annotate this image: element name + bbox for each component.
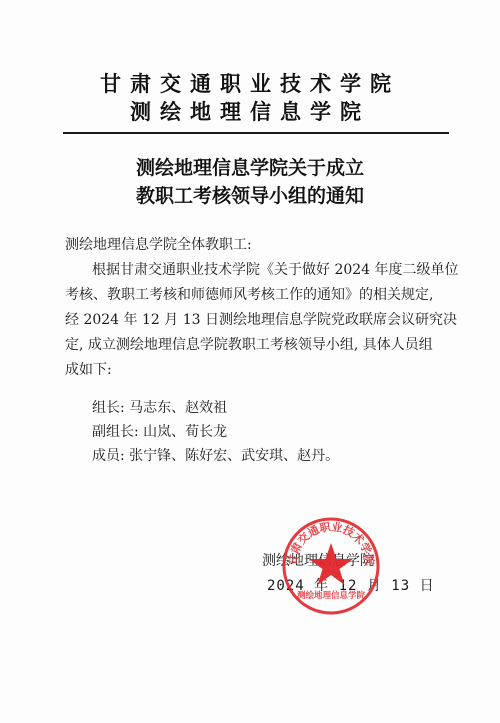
body-paragraph-line: 考核、教职工考核和师德师风考核工作的通知》的相关规定, bbox=[65, 284, 433, 304]
member-role: 成员: bbox=[92, 448, 125, 464]
body-paragraph-line: 根据甘肃交通职业技术学院《关于做好 2024 年度二级单位 bbox=[92, 259, 459, 279]
salutation: 测绘地理信息学院全体教职工: bbox=[65, 234, 252, 254]
member-names: 山岚、荀长龙 bbox=[143, 424, 227, 440]
member-row-deputy: 副组长: 山岚、荀长龙 bbox=[92, 421, 227, 441]
member-names: 马志东、赵效祖 bbox=[129, 400, 227, 416]
signature-date: 2024 年 12 月 13 日 bbox=[267, 575, 435, 595]
member-row-leader: 组长: 马志东、赵效祖 bbox=[92, 397, 227, 417]
document-page: 甘肃交通职业技术学院 测绘地理信息学院 测绘地理信息学院关于成立 教职工考核领导… bbox=[0, 0, 500, 723]
body-paragraph-line: 定, 成立测绘地理信息学院教职工考核领导小组, 具体人员组 bbox=[65, 334, 433, 354]
member-row-members: 成员: 张宁锋、陈好宏、武安琪、赵丹。 bbox=[92, 445, 339, 465]
document-title-line-1: 测绘地理信息学院关于成立 bbox=[0, 153, 500, 180]
member-names: 张宁锋、陈好宏、武安琪、赵丹。 bbox=[129, 448, 339, 464]
body-paragraph-line: 经 2024 年 12 月 13 日测绘地理信息学院党政联席会议研究决 bbox=[65, 309, 457, 329]
header-department: 测绘地理信息学院 bbox=[0, 96, 500, 126]
body-paragraph-line: 成如下: bbox=[65, 359, 112, 379]
header-institution: 甘肃交通职业技术学院 bbox=[0, 68, 500, 98]
document-title-line-2: 教职工考核领导小组的通知 bbox=[0, 181, 500, 208]
member-role: 组长: bbox=[92, 400, 125, 416]
header-divider bbox=[63, 132, 449, 134]
member-role: 副组长: bbox=[92, 424, 139, 440]
signature-org: 测绘地理信息学院 bbox=[262, 550, 374, 570]
